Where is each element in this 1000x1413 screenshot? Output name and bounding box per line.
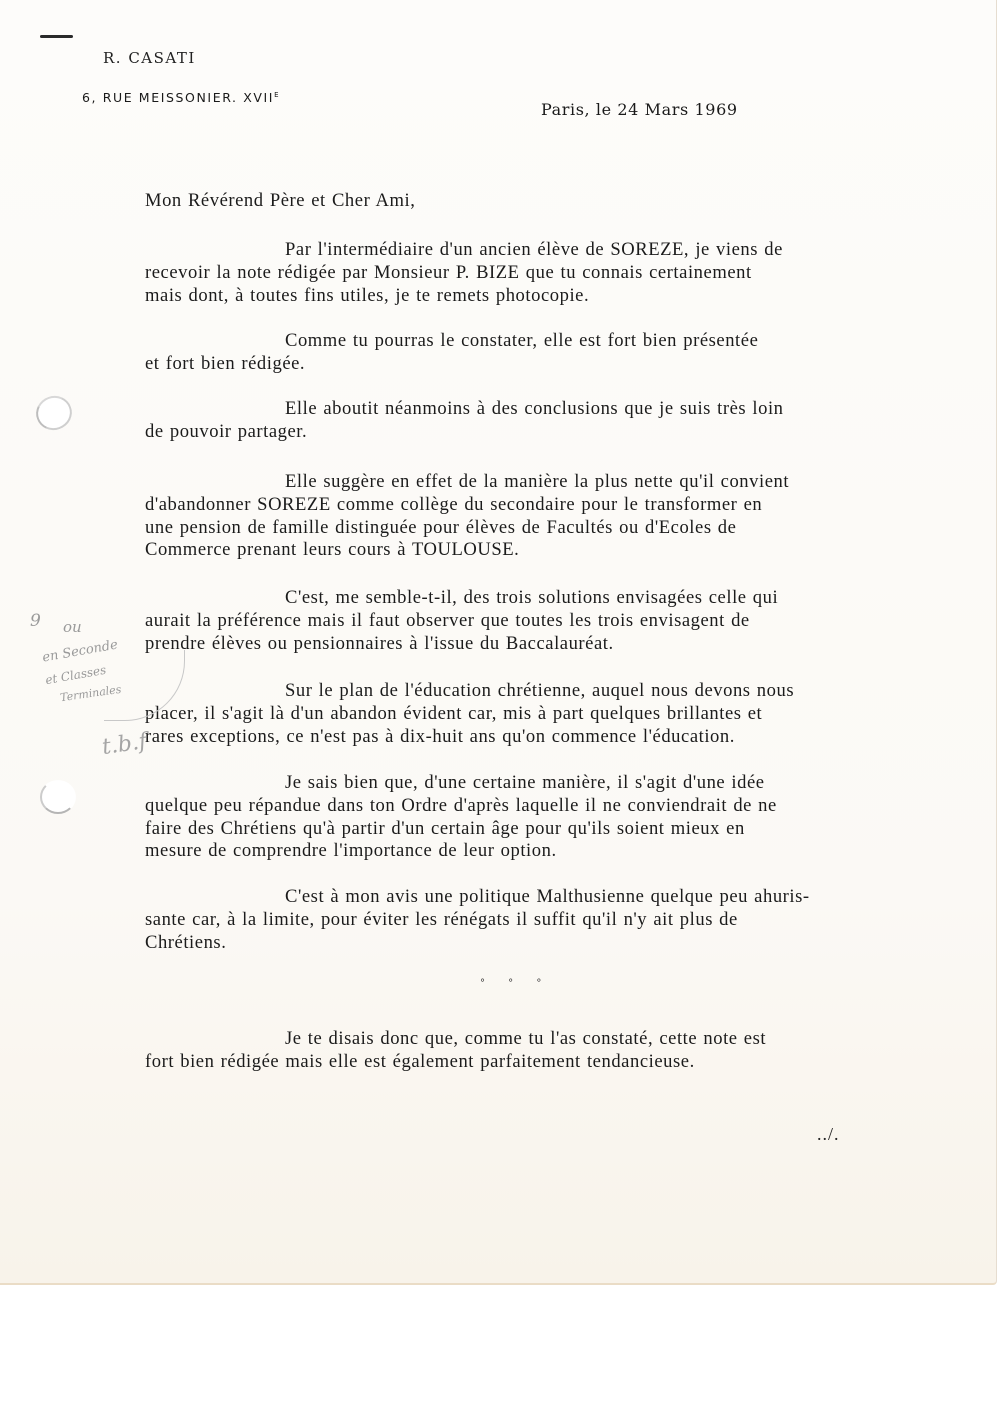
handwritten-mark: 9 [30,614,41,629]
top-dash-mark [40,35,73,38]
section-separator: ° ° ° [480,978,551,989]
paragraph-1: Par l'intermédiaire d'un ancien élève de… [145,239,935,307]
line: Par l'intermédiaire d'un ancien élève de… [285,239,783,260]
line: Chrétiens. [145,932,226,953]
line: recevoir la note rédigée par Monsieur P.… [145,262,752,283]
address-suffix: E [274,91,278,99]
line: Elle suggère en effet de la manière la p… [285,471,789,492]
line: mais dont, à toutes fins utiles, je te r… [145,285,589,306]
line: rares exceptions, ce n'est pas à dix-hui… [145,726,735,747]
continued-mark: ../. [817,1124,840,1145]
line: fort bien rédigée mais elle est égalemen… [145,1051,695,1072]
line: une pension de famille distinguée pour é… [145,517,736,538]
line: Je sais bien que, d'une certaine manière… [285,772,765,793]
line: et fort bien rédigée. [145,353,305,374]
line: aurait la préférence mais il faut observ… [145,610,750,631]
line: placer, il s'agit là d'un abandon éviden… [145,703,762,724]
line: de pouvoir partager. [145,421,307,442]
paragraph-7: Je sais bien que, d'une certaine manière… [145,772,935,863]
salutation: Mon Révérend Père et Cher Ami, [145,190,415,212]
line: Elle aboutit néanmoins à des conclusions… [285,398,784,419]
hole-punch-icon [31,391,76,435]
sender-name: R. CASATI [103,49,196,67]
paragraph-8: C'est à mon avis une politique Malthusie… [145,886,935,954]
handwritten-ou: ou [63,620,82,635]
sender-address: 6, RUE MEISSONIER. XVIIE [82,90,279,105]
line: Sur le plan de l'éducation chrétienne, a… [285,680,794,701]
paragraph-5: C'est, me semble-t-il, des trois solutio… [145,587,935,655]
line: Je te disais donc que, comme tu l'as con… [285,1028,766,1049]
line: C'est, me semble-t-il, des trois solutio… [285,587,778,608]
paragraph-6: Sur le plan de l'éducation chrétienne, a… [145,680,935,748]
line: quelque peu répandue dans ton Ordre d'ap… [145,795,777,816]
line: mesure de comprendre l'importance de leu… [145,840,557,861]
letter-date: Paris, le 24 Mars 1969 [541,100,738,119]
paragraph-9: Je te disais donc que, comme tu l'as con… [145,1028,935,1074]
line: faire des Chrétiens qu'à partir d'un cer… [145,818,745,839]
line: Comme tu pourras le constater, elle est … [285,330,758,351]
paragraph-4: Elle suggère en effet de la manière la p… [145,471,935,562]
paragraph-3: Elle aboutit néanmoins à des conclusions… [145,398,935,444]
address-text: 6, RUE MEISSONIER. XVII [82,90,274,105]
letter-page: R. CASATI 6, RUE MEISSONIER. XVIIE Paris… [0,0,997,1285]
line: C'est à mon avis une politique Malthusie… [285,886,810,907]
hole-punch-icon [40,780,76,814]
line: prendre élèves ou pensionnaires à l'issu… [145,633,614,654]
handwritten-initials: t.b.f [101,734,148,755]
line: sante car, à la limite, pour éviter les … [145,909,738,930]
paragraph-2: Comme tu pourras le constater, elle est … [145,330,935,376]
line: d'abandonner SOREZE comme collège du sec… [145,494,762,515]
line: Commerce prenant leurs cours à TOULOUSE. [145,539,519,560]
